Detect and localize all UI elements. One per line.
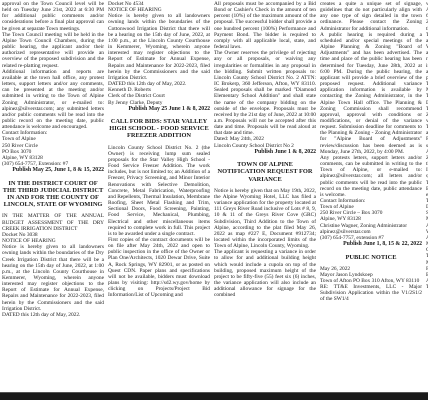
notice-paragraph: RE: TT&E Investments, LLC - Major Subdiv… — [320, 284, 422, 302]
notice-paragraph: Additional information and reports are a… — [2, 69, 104, 131]
notice-paragraph: creates a quite a unique set of signage,… — [320, 1, 422, 32]
publish-dates: Publish June 1 & 8, 2022 — [214, 149, 316, 155]
page-bottom-rule — [0, 392, 428, 400]
publish-dates: Publish June 1, 8, 15 & 22, 2022 — [320, 241, 422, 247]
notice-paragraph: Any protests letters, support letters an… — [320, 155, 422, 198]
column-1: approval on the Town Council level will … — [2, 0, 104, 392]
notice-line: DATED this 12th day of May, 2022. — [2, 312, 104, 318]
column-2: Docket No 4534NOTICE OF HEARINGNotice is… — [108, 0, 210, 392]
newspaper-legal-notices-page: approval on the Town Council level will … — [0, 0, 428, 392]
notice-paragraph: Notice is hereby given that on May 19th,… — [214, 188, 316, 250]
column-3: All proposals must be accompanied by a B… — [214, 0, 316, 392]
notice-line: Christine Wagner, Zoning Administrator — [320, 223, 422, 229]
notice-paragraph: First copies of the contract documents w… — [108, 237, 210, 299]
rule-highlight — [0, 392, 428, 393]
notice-caps-paragraph: IN THE MATTER OF THE ANNUAL BUDGET ASSES… — [2, 213, 104, 231]
notice-heading: PUBLIC NOTICE — [320, 254, 422, 261]
notice-paragraph: Notice is hereby given to all landowners… — [108, 13, 210, 81]
notice-paragraph: The Owner reserves the privilege of reje… — [214, 50, 316, 136]
publish-dates: Publish May 25, June 1, 8 & 15, 2022 — [2, 167, 104, 173]
notice-heading: TOWN OF ALPINE NOTIFICATION REQUEST FOR … — [214, 161, 316, 183]
notice-heading: IN THE DISTRICT COURT OF THE THIRD JUDIC… — [2, 180, 104, 209]
notice-paragraph: The Town Council meeting will be held in… — [2, 32, 104, 69]
notice-paragraph: approval on the Town Council level will … — [2, 1, 104, 32]
notice-paragraph: Lincoln County School District No. 2 (th… — [108, 145, 210, 237]
notice-paragraph: All proposals must be accompanied by a B… — [214, 1, 316, 50]
notice-heading: CALL FOR BIDS: STAR VALLEY HIGH SCHOOL -… — [108, 118, 210, 140]
column-4: creates a quite a unique set of signage,… — [320, 0, 422, 392]
notice-paragraph: A public hearing is required during a sc… — [320, 32, 422, 155]
notice-paragraph: The applicant is requesting a variance i… — [214, 249, 316, 298]
publish-dates: Publish May 25 June 1 & 8, 2022 — [108, 106, 210, 112]
notice-paragraph: Notice is hereby given to all landowners… — [2, 244, 104, 312]
